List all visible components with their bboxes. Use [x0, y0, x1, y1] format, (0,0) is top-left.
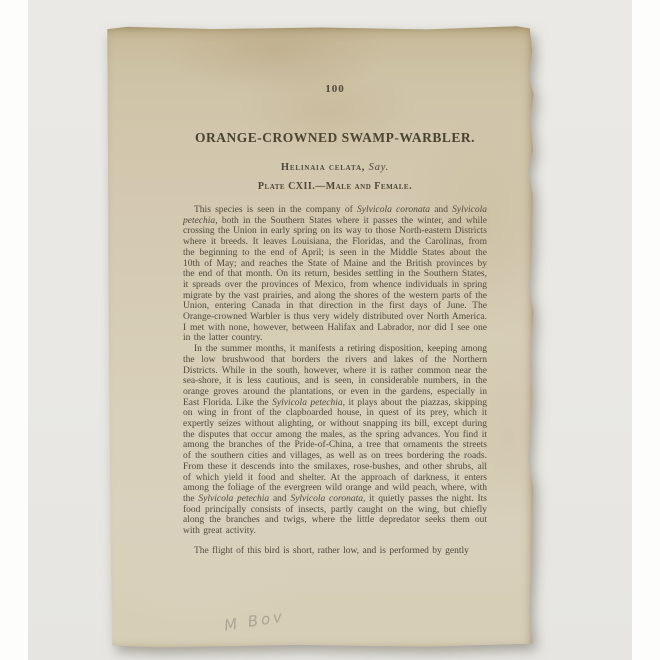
species-binomial: Helinaia celata,	[281, 162, 365, 173]
page-number: 100	[183, 83, 487, 95]
body-paragraph: The flight of this bird is short, rather…	[183, 546, 487, 557]
body-segment: and	[430, 205, 452, 215]
body-text: This species is seen in the company of S…	[183, 205, 487, 557]
species-name-inline: Sylvicola petechia	[272, 398, 342, 408]
body-segment: The flight of this bird is short, rather…	[194, 546, 469, 556]
body-segment: , it plays about the piazzas, skipping o…	[183, 398, 487, 504]
species-name-inline: Sylvicola coronata	[357, 205, 430, 215]
body-segment: and	[269, 494, 290, 504]
article-title: ORANGE-CROWNED SWAMP-WARBLER.	[183, 130, 487, 146]
text-column: 100 ORANGE-CROWNED SWAMP-WARBLER. Helina…	[183, 83, 487, 557]
body-segment: This species is seen in the company of	[194, 205, 357, 215]
body-segment: , both in the Southern States where it p…	[183, 216, 487, 344]
plate-caption: Plate CXII.—Male and Female.	[183, 181, 487, 192]
species-caption: Helinaia celata, Say.	[183, 162, 487, 173]
body-paragraph: In the summer months, it manifests a ret…	[183, 344, 487, 537]
photo-background: 100 ORANGE-CROWNED SWAMP-WARBLER. Helina…	[28, 0, 632, 660]
species-name-inline: Sylvicola coronata	[290, 494, 363, 504]
species-name-inline: Sylvicola petechia	[198, 494, 269, 504]
body-paragraph: This species is seen in the company of S…	[183, 205, 487, 344]
pencil-annotation: M Bov	[223, 607, 286, 634]
page-shadow: 100 ORANGE-CROWNED SWAMP-WARBLER. Helina…	[28, 0, 660, 660]
book-page: 100 ORANGE-CROWNED SWAMP-WARBLER. Helina…	[106, 26, 534, 648]
species-authority: Say.	[365, 162, 389, 173]
